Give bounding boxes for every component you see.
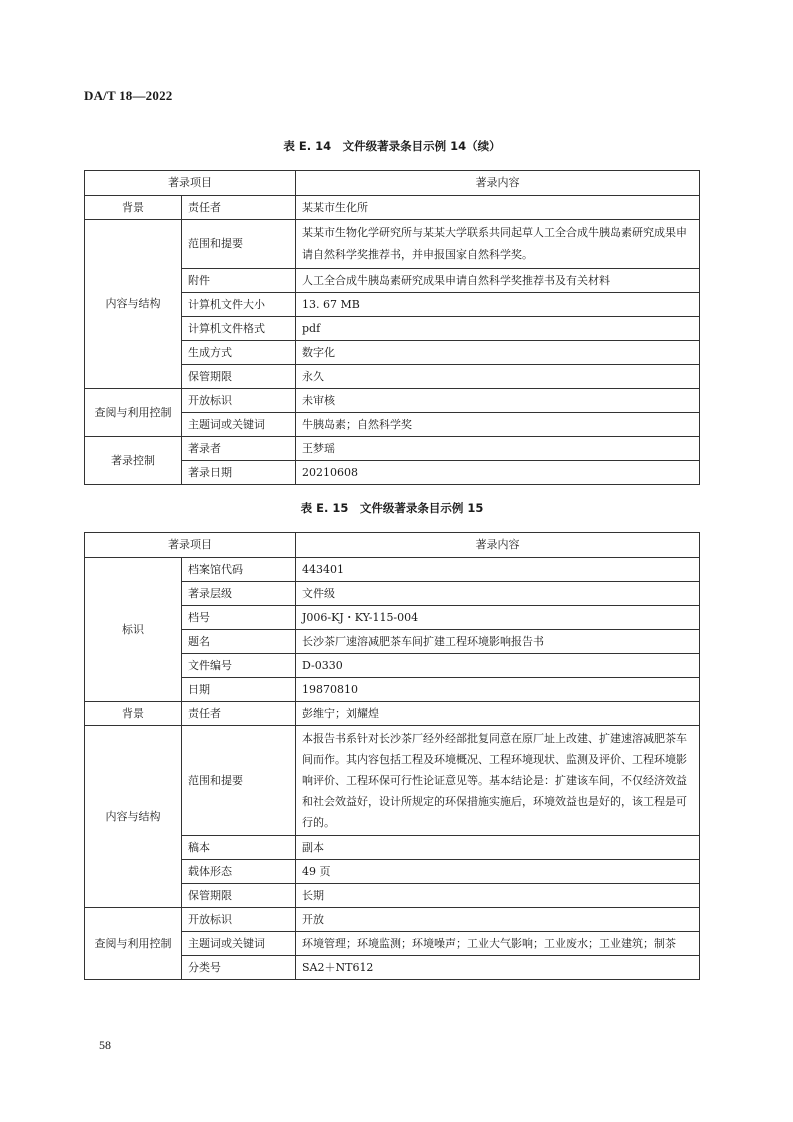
field-value: 人工全合成牛胰岛素研究成果申请自然科学奖推荐书及有关材料 [296,269,700,293]
table-row: 内容与结构 范围和提要 本报告书系针对长沙茶厂经外经部批复同意在原厂址上改建、扩… [85,726,700,836]
field-label: 保管期限 [182,884,296,908]
field-value: 13. 67 MB [296,293,700,317]
field-value: 环境管理；环境监测；环境噪声；工业大气影响；工业废水；工业建筑；制茶 [296,932,700,956]
field-value: 49 页 [296,860,700,884]
field-label: 责任者 [182,702,296,726]
field-label: 计算机文件大小 [182,293,296,317]
table-row: 查阅与利用控制 开放标识 未审核 [85,389,700,413]
field-value: 彭维宁；刘耀煌 [296,702,700,726]
field-label: 载体形态 [182,860,296,884]
field-label: 范围和提要 [182,220,296,269]
field-value: 永久 [296,365,700,389]
field-value: SA2＋NT612 [296,956,700,980]
table-row: 著录控制 著录者 王梦瑶 [85,437,700,461]
field-label: 生成方式 [182,341,296,365]
group-label: 背景 [85,196,182,220]
standard-identifier: DA/T 18—2022 [84,88,172,104]
field-label: 题名 [182,630,296,654]
group-label: 查阅与利用控制 [85,908,182,980]
field-label: 开放标识 [182,389,296,413]
field-value: D-0330 [296,654,700,678]
column-header-item: 著录项目 [85,533,296,558]
field-value: J006-KJ・KY-115-004 [296,606,700,630]
field-value: pdf [296,317,700,341]
table-row: 标识 档案馆代码 443401 [85,558,700,582]
field-value: 文件级 [296,582,700,606]
field-label: 文件编号 [182,654,296,678]
table-row: 查阅与利用控制 开放标识 开放 [85,908,700,932]
table-row: 背景 责任者 彭维宁；刘耀煌 [85,702,700,726]
field-label: 计算机文件格式 [182,317,296,341]
field-label: 主题词或关键词 [182,413,296,437]
table-header-row: 著录项目 著录内容 [85,171,700,196]
table-caption-e15: 表 E. 15 文件级著录条目示例 15 [84,500,700,516]
field-label: 责任者 [182,196,296,220]
field-value: 牛胰岛素；自然科学奖 [296,413,700,437]
group-label: 标识 [85,558,182,702]
field-value: 未审核 [296,389,700,413]
field-label: 日期 [182,678,296,702]
field-label: 范围和提要 [182,726,296,836]
field-value: 副本 [296,836,700,860]
field-value: 某某市生化所 [296,196,700,220]
field-label: 主题词或关键词 [182,932,296,956]
table-row: 背景 责任者 某某市生化所 [85,196,700,220]
field-value: 开放 [296,908,700,932]
field-label: 分类号 [182,956,296,980]
table-caption-e14: 表 E. 14 文件级著录条目示例 14（续） [84,138,700,154]
field-label: 档案馆代码 [182,558,296,582]
field-label: 开放标识 [182,908,296,932]
table-header-row: 著录项目 著录内容 [85,533,700,558]
catalog-table-e14: 著录项目 著录内容 背景 责任者 某某市生化所 内容与结构 范围和提要 某某市生… [84,170,700,485]
field-value: 数字化 [296,341,700,365]
table-row: 内容与结构 范围和提要 某某市生物化学研究所与某某大学联系共同起草人工全合成牛胰… [85,220,700,269]
field-label: 著录者 [182,437,296,461]
field-value: 443401 [296,558,700,582]
column-header-content: 著录内容 [296,171,700,196]
field-value: 某某市生物化学研究所与某某大学联系共同起草人工全合成牛胰岛素研究成果申请自然科学… [296,220,700,269]
field-label: 稿本 [182,836,296,860]
page-number: 58 [99,1038,111,1053]
field-label: 著录日期 [182,461,296,485]
field-label: 著录层级 [182,582,296,606]
field-value: 本报告书系针对长沙茶厂经外经部批复同意在原厂址上改建、扩建速溶减肥茶车间而作。其… [296,726,700,836]
group-label: 内容与结构 [85,220,182,389]
group-label: 查阅与利用控制 [85,389,182,437]
group-label: 内容与结构 [85,726,182,908]
field-label: 保管期限 [182,365,296,389]
group-label: 著录控制 [85,437,182,485]
catalog-table-e15: 著录项目 著录内容 标识 档案馆代码 443401 著录层级 文件级 档号 J0… [84,532,700,980]
field-value: 20210608 [296,461,700,485]
field-label: 附件 [182,269,296,293]
column-header-content: 著录内容 [296,533,700,558]
field-value: 19870810 [296,678,700,702]
group-label: 背景 [85,702,182,726]
field-label: 档号 [182,606,296,630]
field-value: 长沙茶厂速溶减肥茶车间扩建工程环境影响报告书 [296,630,700,654]
field-value: 王梦瑶 [296,437,700,461]
field-value: 长期 [296,884,700,908]
column-header-item: 著录项目 [85,171,296,196]
